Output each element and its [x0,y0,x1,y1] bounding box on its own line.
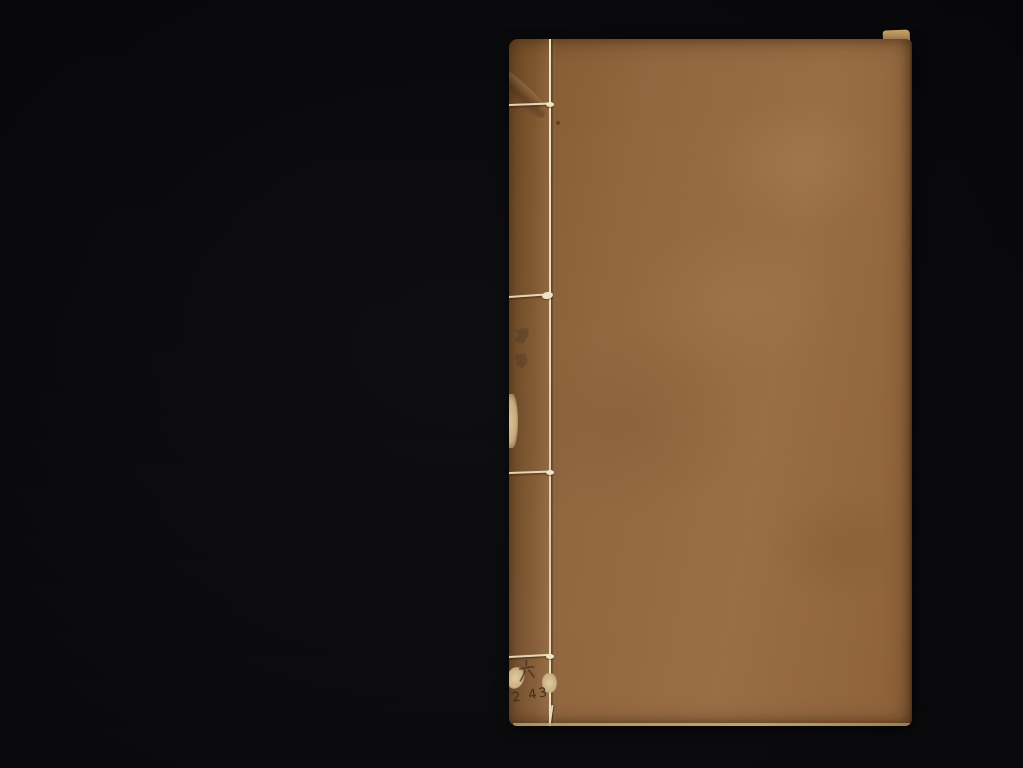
thread-knot-3 [546,470,554,475]
bottom-page-edges [513,723,910,726]
thread-knot-1 [546,102,554,107]
ink-speck [556,121,560,125]
photo-background: 六 2 43 [0,0,1023,768]
spine-fold-highlight [554,39,557,726]
paper-grain-texture [509,39,912,726]
book-cover: 六 2 43 [509,39,912,726]
binding-thread-vertical [549,39,551,726]
inscription-character: 六 [516,657,539,687]
right-cover-edge-shadow [910,43,912,723]
thread-knot-4 [546,654,554,659]
